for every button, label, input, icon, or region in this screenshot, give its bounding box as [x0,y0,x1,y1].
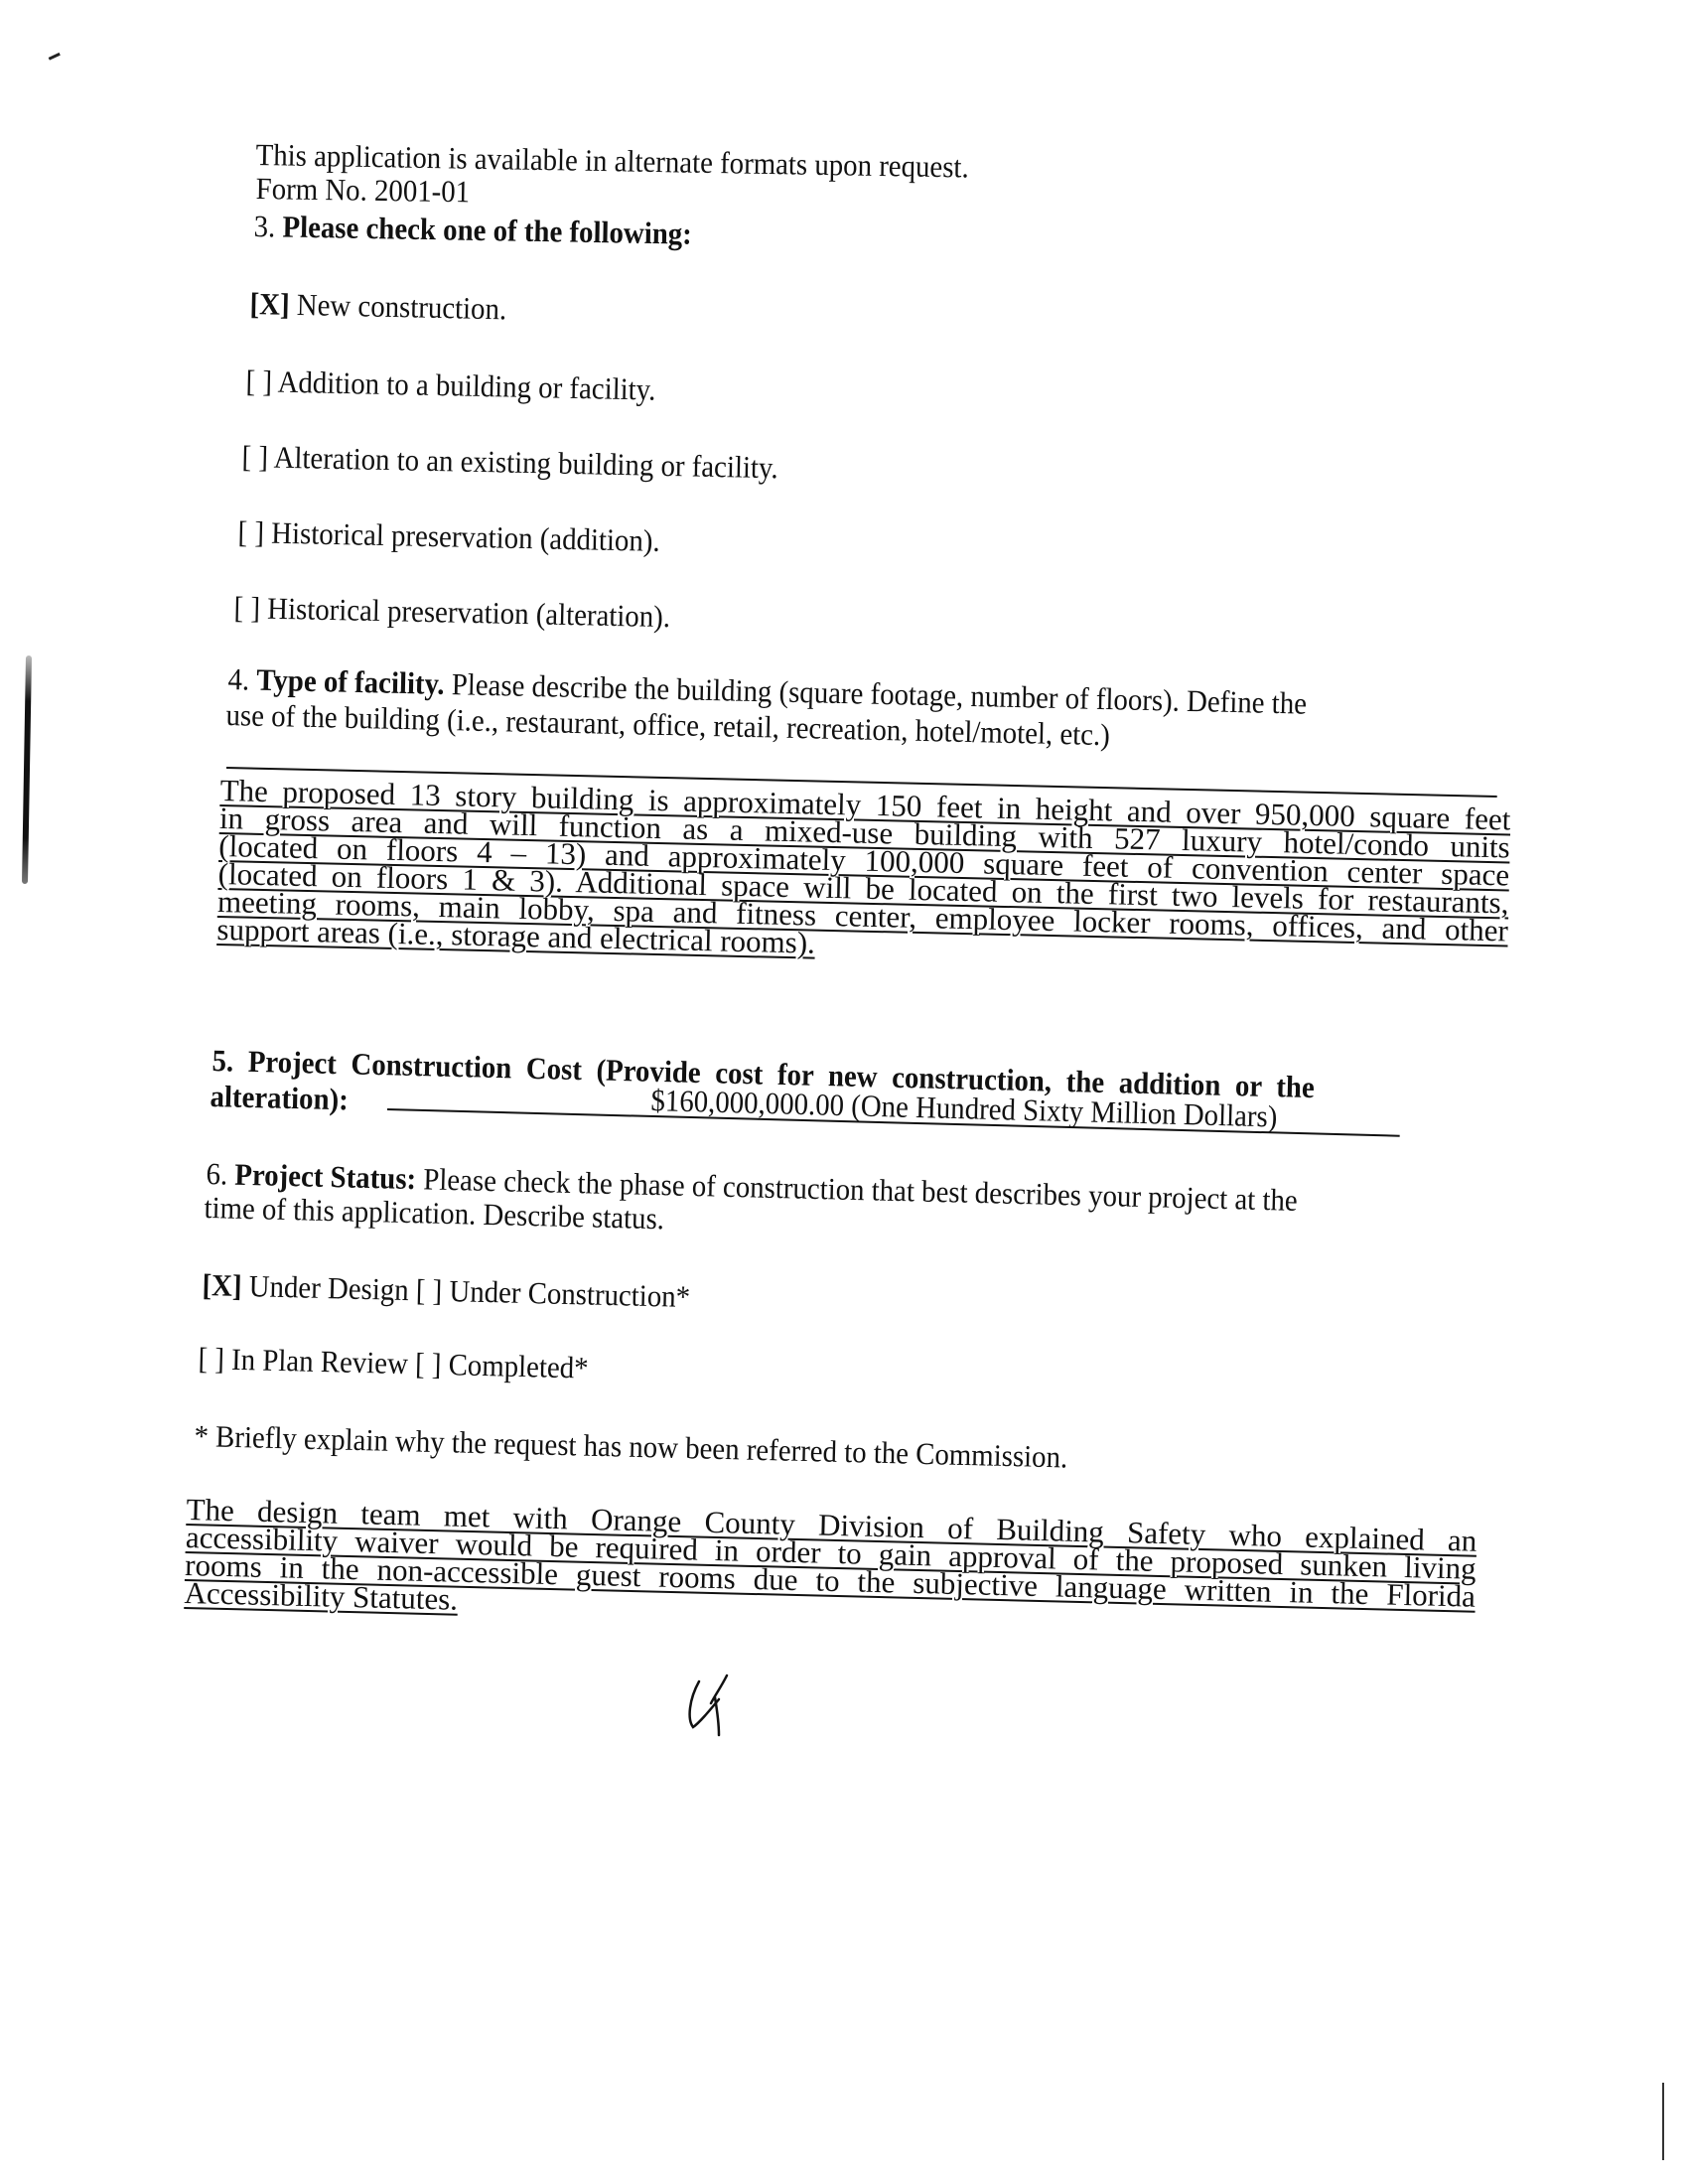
page-edge-mark [1662,2083,1664,2160]
checkbox-checked[interactable]: [X] [249,286,290,322]
handwritten-initials [685,1674,745,1742]
option-historical-alteration[interactable]: [ ] Historical preservation (alteration)… [233,590,670,635]
checkbox-unchecked[interactable]: [ ] [241,439,268,475]
section5-title-line2: alteration): [210,1079,349,1117]
status-row-2: [ ] In Plan Review [ ] Completed* [198,1341,589,1386]
binding-shadow-mark [22,655,32,884]
checkbox-unchecked[interactable]: [ ] [237,514,264,550]
section3-heading: 3. Please check one of the following: [253,209,692,252]
option-new-construction[interactable]: [X] New construction. [249,286,506,327]
option-historical-addition[interactable]: [ ] Historical preservation (addition). [237,514,660,559]
checkbox-under-design[interactable]: [X] [202,1267,242,1303]
checkbox-completed[interactable]: [ ] [415,1346,442,1382]
option-alteration[interactable]: [ ] Alteration to an existing building o… [241,439,778,486]
footnote-prompt: * Briefly explain why the request has no… [194,1418,1068,1475]
facility-description[interactable]: The proposed 13 story building is approx… [216,777,1510,972]
option-addition[interactable]: [ ] Addition to a building or facility. [245,364,656,408]
checkbox-under-construction[interactable]: [ ] [415,1272,442,1308]
checkbox-unchecked[interactable]: [ ] [233,590,260,626]
checkbox-in-plan-review[interactable]: [ ] [198,1341,224,1377]
checkbox-unchecked[interactable]: [ ] [245,364,272,399]
status-row-1: [X] Under Design [ ] Under Construction* [202,1267,690,1315]
section4-title: Type of facility. [256,662,445,701]
scan-speck [49,53,64,66]
form-number: Form No. 2001-01 [255,171,470,210]
section3-title: Please check one of the following: [282,210,692,251]
referral-explanation[interactable]: The design team met with Orange County D… [184,1496,1477,1639]
section6-title: Project Status: [234,1157,417,1196]
